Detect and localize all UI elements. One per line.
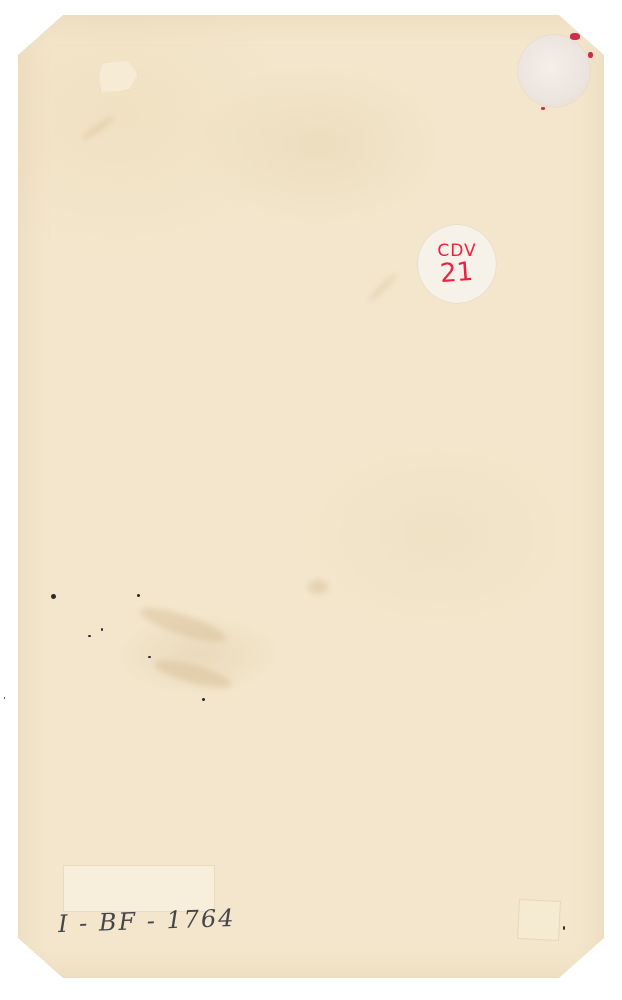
card-back	[18, 15, 604, 978]
stain	[152, 655, 234, 693]
catalog-sticker: CDV 21	[418, 225, 496, 303]
red-mark	[588, 52, 593, 58]
ink-speck	[101, 628, 103, 631]
stain	[367, 272, 399, 304]
ink-speck	[137, 594, 140, 597]
tape-remnant-bottom-right	[517, 899, 561, 941]
ink-speck	[4, 697, 5, 699]
red-mark	[570, 33, 580, 40]
ink-speck	[88, 635, 91, 637]
stain	[80, 114, 116, 142]
ink-speck	[563, 926, 565, 930]
faded-sticker-top-right	[518, 35, 590, 107]
ink-speck	[202, 698, 205, 701]
stain	[137, 602, 229, 649]
ink-speck	[51, 594, 56, 599]
red-mark	[541, 107, 545, 110]
ink-speck	[148, 656, 151, 658]
stain	[308, 580, 328, 594]
tape-remnant-top-left	[96, 57, 141, 95]
catalog-sticker-number: 21	[440, 259, 475, 287]
